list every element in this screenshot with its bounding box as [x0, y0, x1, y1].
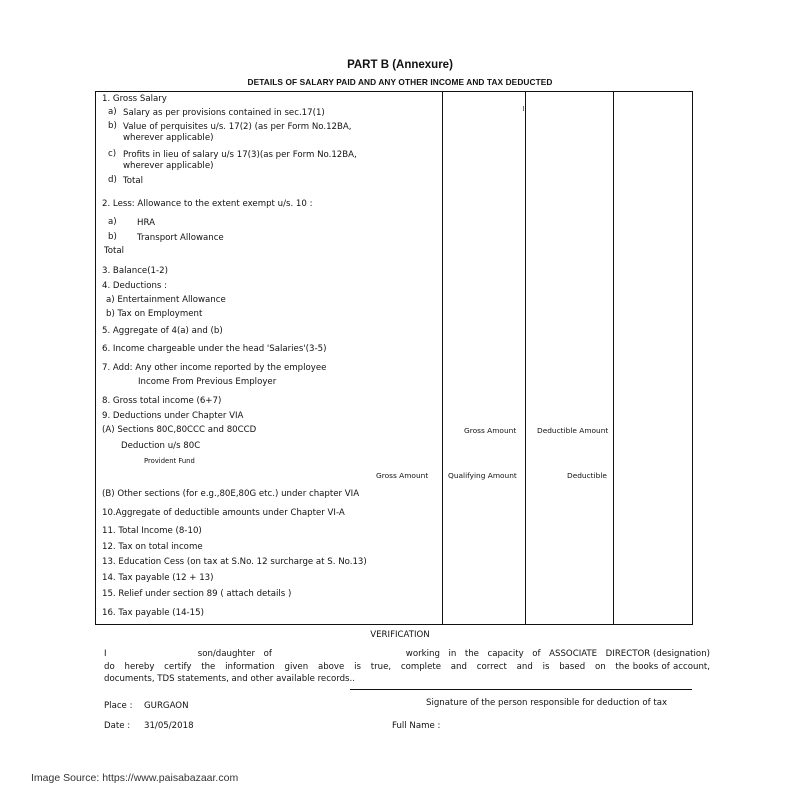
row-total-income: 11. Total Income (8-10) [102, 526, 202, 536]
row-relief-89: 15. Relief under section 89 ( attach det… [102, 589, 291, 599]
row-education-cess: 13. Education Cess (on tax at S.No. 12 s… [102, 557, 367, 567]
row-profits-in-lieu-cont: wherever applicable) [123, 161, 213, 171]
col-header-deductible: Deductible [567, 471, 607, 481]
row-perquisites-cont: wherever applicable) [123, 133, 213, 143]
row-tax-on-total-income: 12. Tax on total income [102, 542, 203, 552]
row-net-tax-payable: 16. Tax payable (14-15) [102, 608, 204, 618]
row-chapter-via: 9. Deductions under Chapter VIA [102, 411, 243, 421]
verification-text: I son/daughter of working in the capacit… [104, 648, 710, 686]
row-gross-salary: 1. Gross Salary [102, 94, 167, 104]
row-gross-total: Total [123, 176, 143, 186]
row-deduction-80c: Deduction u/s 80C [121, 441, 200, 451]
row-aggregate-4: 5. Aggregate of 4(a) and (b) [102, 326, 223, 336]
place-label: Place : [104, 701, 132, 711]
page-subtitle: DETAILS OF SALARY PAID AND ANY OTHER INC… [0, 77, 800, 87]
row-income-chargeable: 6. Income chargeable under the head 'Sal… [102, 344, 326, 354]
row-deductions: 4. Deductions : [102, 281, 167, 291]
col-header-gross-amount: Gross Amount [464, 426, 516, 436]
row-other-income: 7. Add: Any other income reported by the… [102, 363, 326, 373]
row-label: d) [108, 175, 117, 185]
row-other-sections: (B) Other sections (for e.g.,80E,80G etc… [102, 489, 359, 499]
verification-heading: VERIFICATION [0, 630, 800, 640]
date-label: Date : [104, 721, 130, 731]
row-salary-17-1: Salary as per provisions contained in se… [123, 108, 325, 118]
row-label: a) [108, 217, 117, 227]
row-gross-total-income: 8. Gross total income (6+7) [102, 396, 221, 406]
row-label: c) [108, 149, 116, 159]
column-divider [442, 91, 443, 625]
row-balance: 3. Balance(1-2) [102, 266, 168, 276]
column-divider [525, 91, 526, 625]
row-provident-fund: Provident Fund [144, 456, 195, 466]
row-sections-80c: (A) Sections 80C,80CCC and 80CCD [102, 425, 256, 435]
row-perquisites: Value of perquisites u/s. 17(2) (as per … [123, 122, 352, 132]
signature-label: Signature of the person responsible for … [426, 698, 667, 708]
date-value: 31/05/2018 [144, 721, 194, 731]
row-entertainment-allowance: a) Entertainment Allowance [106, 295, 226, 305]
place-value: GURGAON [144, 701, 189, 711]
row-label: b) [108, 232, 117, 242]
row-tax-on-employment: b) Tax on Employment [106, 309, 202, 319]
row-allowance-total: Total [104, 246, 124, 256]
row-less-allowance: 2. Less: Allowance to the extent exempt … [102, 199, 312, 209]
row-previous-employer-income: Income From Previous Employer [138, 377, 276, 387]
image-source-caption: Image Source: https://www.paisabazaar.co… [31, 772, 238, 784]
row-label: a) [108, 107, 117, 117]
row-aggregate-via: 10.Aggregate of deductible amounts under… [102, 508, 345, 518]
col-header-qualifying-amount: Qualifying Amount [448, 471, 517, 481]
row-hra: HRA [137, 218, 155, 228]
row-transport-allowance: Transport Allowance [137, 233, 224, 243]
page-title: PART B (Annexure) [0, 59, 800, 71]
row-label: b) [108, 121, 117, 131]
column-divider [613, 91, 614, 625]
row-profits-in-lieu: Profits in lieu of salary u/s 17(3)(as p… [123, 150, 357, 160]
signature-line [350, 689, 692, 690]
col-header-gross-amount-other: Gross Amount [376, 471, 428, 481]
col-header-deductible-amount: Deductible Amount [537, 426, 608, 436]
row-tax-payable: 14. Tax payable (12 + 13) [102, 573, 213, 583]
cursor-mark [523, 106, 524, 111]
full-name-label: Full Name : [392, 721, 440, 731]
